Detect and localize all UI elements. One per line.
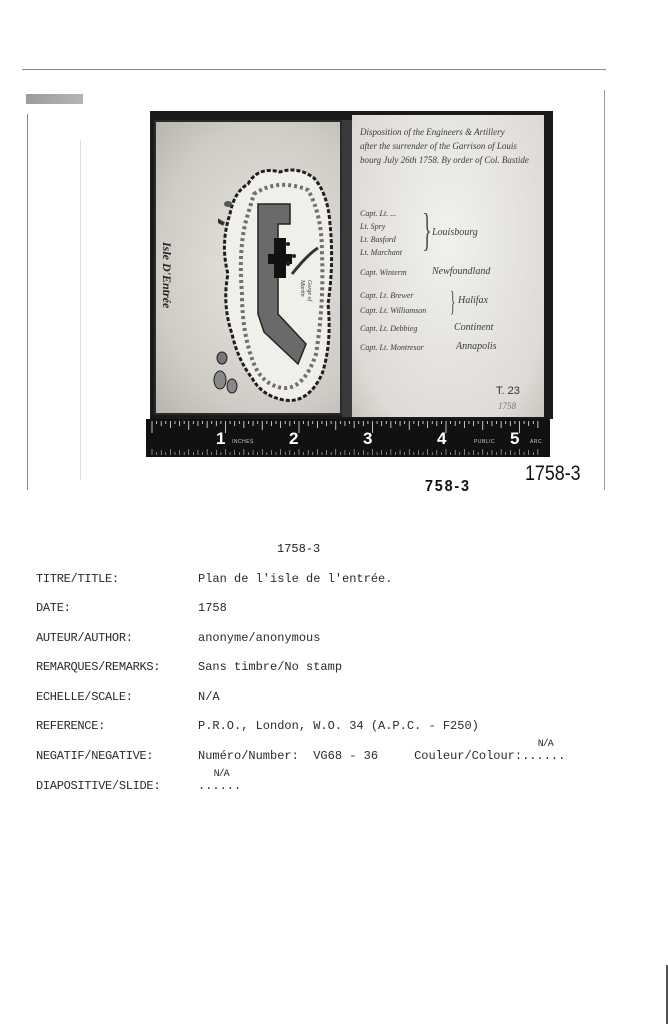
field-value: N/A [198, 690, 220, 704]
handwritten-name: Lt. Marchant [360, 248, 402, 257]
isle-label: Isle D'Entrée [159, 242, 174, 308]
colour-value: N/A [538, 739, 553, 750]
handwritten-place: Continent [454, 322, 493, 333]
ruler-unit-label: INCHES [232, 439, 254, 445]
top-rule [22, 69, 606, 70]
handwritten-name: Lt. Spry [360, 222, 385, 231]
field-value: P.R.O., London, W.O. 34 (A.P.C. - F250) [198, 719, 479, 733]
ruler-ticks [146, 419, 550, 457]
colour-label: Couleur/Colour: [414, 749, 522, 763]
field-label: REFERENCE: [36, 719, 105, 733]
handwritten-heading-line: after the surrender of the Garrison of L… [360, 139, 517, 153]
field-label: AUTEUR/AUTHOR: [36, 631, 133, 645]
archive-mark: T. 23 [496, 385, 520, 397]
map-photograph: Isle D'Entrée Gorge of Martin Dispositio… [146, 111, 551, 459]
ruler-mark: 4 [437, 429, 446, 449]
handwritten-name: Lt. Basford [360, 235, 396, 244]
field-label: ECHELLE/SCALE: [36, 690, 133, 704]
handwritten-heading-line: bourg July 26th 1758. By order of Col. B… [360, 153, 529, 167]
handwritten-place: Annapolis [456, 341, 497, 352]
field-label: TITRE/TITLE: [36, 572, 119, 586]
handwritten-name: Capt. Lt. ... [360, 209, 396, 218]
handwritten-name: Capt. Lt. Williamson [360, 306, 426, 315]
brace-icon: } [450, 287, 455, 319]
catalog-id: 1758-3 [277, 542, 320, 556]
brace-icon: } [423, 203, 432, 256]
ruler-edge-text: ARC [530, 439, 542, 445]
book-spine [342, 120, 352, 417]
handwritten-name: Capt. Lt. Brewer [360, 291, 413, 300]
negative-number-label: Numéro/Number: [198, 749, 299, 763]
field-label: DATE: [36, 601, 71, 615]
handwritten-place: Halifax [458, 295, 488, 306]
ruler-mark: 1 [216, 429, 225, 449]
field-value: Numéro/Number: VG68 - 36 Couleur/Colour:… [198, 749, 565, 763]
inch-ruler: 1 INCHES 2 3 4 PUBLIC 5 ARC [146, 419, 550, 457]
handwritten-id: 1758-3 [525, 462, 581, 486]
ruler-mark: 2 [289, 429, 298, 449]
handwritten-place: Louisbourg [432, 227, 478, 238]
field-label: DIAPOSITIVE/SLIDE: [36, 779, 160, 793]
field-value: Sans timbre/No stamp [198, 660, 342, 674]
slide-value: N/A [214, 769, 229, 780]
field-label: NEGATIF/NEGATIVE: [36, 749, 153, 763]
gray-tab-mark [26, 94, 83, 104]
gorge-label: Gorge of Martin [298, 280, 312, 301]
ruler-mark: 3 [363, 429, 372, 449]
handwritten-id-cropped: 758-3 [425, 478, 471, 491]
islets-drawing [212, 350, 242, 400]
slide-field: ......N/A [198, 779, 241, 793]
field-value: anonyme/anonymous [198, 631, 320, 645]
ruler-mark: 5 [510, 429, 519, 449]
handwritten-place: Newfoundland [432, 266, 490, 277]
left-border-line [27, 114, 28, 490]
handwritten-name: Capt. Winterm [360, 268, 407, 277]
handwritten-heading-line: Disposition of the Engineers & Artillery [360, 125, 505, 139]
right-border-line [604, 90, 605, 490]
field-value: Plan de l'isle de l'entrée. [198, 572, 392, 586]
field-value: ......N/A [198, 779, 241, 793]
negative-number-value: VG68 - 36 [313, 749, 378, 763]
map-left-page: Isle D'Entrée Gorge of Martin [154, 120, 342, 415]
faint-border-line [80, 140, 81, 480]
handwritten-name: Capt. Lt. Montresor [360, 343, 424, 352]
field-value: 1758 [198, 601, 227, 615]
ruler-edge-text: PUBLIC [474, 439, 495, 445]
archive-year: 1758 [498, 401, 516, 411]
field-label: REMARQUES/REMARKS: [36, 660, 160, 674]
colour-field: ......N/A [522, 749, 565, 763]
handwritten-name: Capt. Lt. Debbieg [360, 324, 417, 333]
